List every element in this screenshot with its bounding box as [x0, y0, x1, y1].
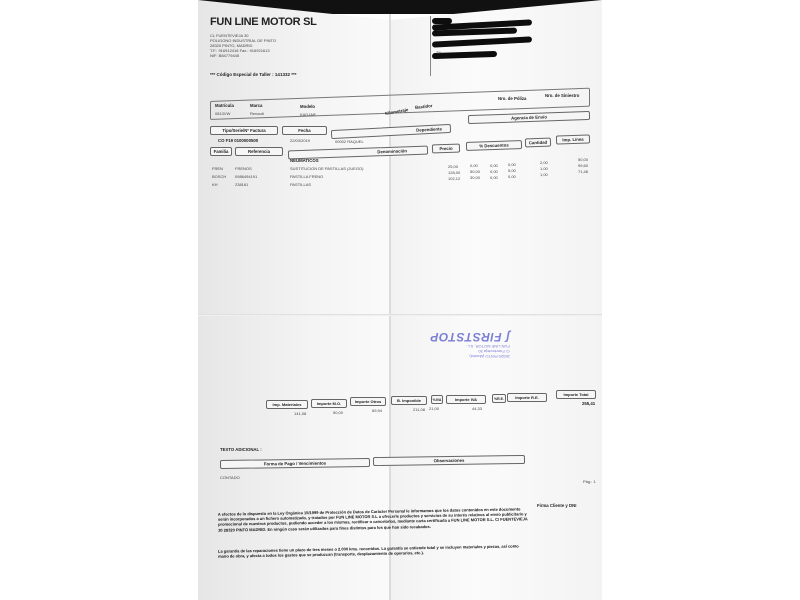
- header-fecha: Fecha: [282, 126, 327, 135]
- value-base-imponible: 211,08: [413, 407, 425, 412]
- row-cantidad: 2,00: [540, 160, 548, 165]
- row-importe: 50,00: [578, 157, 588, 162]
- header-importe-otros: Importe Otros: [350, 397, 386, 406]
- vehicle-brand: Renault: [250, 111, 264, 116]
- row-denominacion: PASTILLA FRENO: [290, 174, 323, 179]
- header-referencia: Referencia: [235, 147, 283, 156]
- row-familia: BOSCH: [212, 174, 226, 179]
- header-base-imponible: B. Imponible: [391, 396, 427, 405]
- invoice-clerk: 00002 RAQUEL: [335, 139, 364, 144]
- header-cantidad: Cantidad: [525, 138, 551, 148]
- row-referencia: 238161: [235, 182, 248, 187]
- row-denominacion: SUSTITUCION DE PASTILLAS (JUEGO): [290, 166, 364, 171]
- header-importe-iva: Importe IVA: [446, 395, 486, 404]
- signature-label: Firma Cliente y DNI: [537, 503, 576, 508]
- row-discount: 30,00: [470, 175, 480, 180]
- row-importe: 71,48: [578, 169, 588, 174]
- invoice-date: 22/03/2019: [290, 138, 310, 143]
- row-discount: 0,00: [508, 174, 516, 179]
- page-number: Pág.: 1: [583, 479, 596, 484]
- row-discount: 0,00: [490, 163, 498, 168]
- value-importe-otros: 69,94: [372, 408, 382, 413]
- invoice-number: CO F19 0100000500: [218, 138, 258, 143]
- payment-method-value: CONTADO: [220, 475, 240, 480]
- special-workshop-code: *** Código Especial de Taller : 141332 *…: [210, 72, 296, 77]
- header-imp-materiales: Imp. Materiales: [266, 400, 308, 409]
- header-imp-linea: Imp. Línea: [556, 134, 590, 144]
- header-importe-mo: Importe M.O.: [311, 399, 347, 408]
- row-referencia: FRENOS: [235, 166, 252, 171]
- header-nro-poliza: Nro. de Póliza: [498, 96, 526, 101]
- row-precio: 102,12: [448, 176, 460, 181]
- vehicle-model: KADJAR: [300, 112, 316, 117]
- header-modelo: Modelo: [300, 104, 315, 109]
- row-discount: 50,00: [470, 169, 480, 174]
- row-importe: 99,60: [578, 163, 588, 168]
- header-invoice-number: Tipo/Serie/Nº Factura: [210, 126, 278, 135]
- company-nif: NIF: B84779445: [210, 53, 239, 58]
- row-precio: 128,00: [448, 170, 460, 175]
- paper-fold-horizontal: [198, 314, 602, 316]
- header-matricula: Matrícula: [215, 103, 234, 108]
- row-discount: 0,00: [470, 163, 478, 168]
- section-title: NEUMATICOS: [290, 158, 319, 163]
- row-familia: FREN: [212, 166, 223, 171]
- firststop-logo-icon: ʃ: [502, 330, 510, 344]
- client-box-border: [430, 16, 431, 76]
- value-importe-total: 255,41: [582, 401, 595, 406]
- header-re-pct: %R.E.: [492, 394, 506, 403]
- row-cantidad: 1,00: [540, 166, 548, 171]
- row-precio: 25,00: [448, 164, 458, 169]
- row-referencia: 0986494191: [235, 174, 257, 179]
- header-precio: Precio: [432, 144, 460, 154]
- value-imp-materiales: 141,08: [294, 411, 306, 416]
- row-discount: 5,00: [508, 168, 516, 173]
- value-importe-mo: 50,00: [333, 410, 343, 415]
- client-phone-label: Tlf:: [436, 50, 442, 55]
- vehicle-plate: 0813VW: [215, 111, 230, 116]
- company-stamp: 28320 PINTO (Madrid) C/ Fuentevieja 30 F…: [430, 330, 510, 359]
- value-importe-iva: 44,33: [472, 406, 482, 411]
- header-importe-total: Importe Total: [556, 390, 596, 399]
- header-importe-re: Importe R.E.: [507, 393, 547, 402]
- header-marca: Marca: [250, 103, 262, 108]
- header-familia: Familia: [210, 147, 232, 156]
- additional-text-label: TEXTO ADICIONAL :: [220, 447, 262, 452]
- header-iva-pct: %IVA: [431, 395, 443, 404]
- stamp-line: FUN LINE MOTOR, S.L.: [430, 344, 510, 349]
- row-familia: KH: [212, 182, 218, 187]
- row-discount: 0,00: [490, 169, 498, 174]
- row-discount: 0,00: [490, 175, 498, 180]
- value-iva-pct: 21,00: [429, 406, 439, 411]
- company-name: FUN LINE MOTOR SL: [210, 16, 317, 28]
- stamp-line: 28320 PINTO (Madrid): [430, 354, 510, 359]
- row-denominacion: PASTILLAS: [290, 182, 311, 187]
- header-nro-siniestro: Nro. de Siniestro: [545, 93, 579, 98]
- row-discount: 0,00: [508, 162, 516, 167]
- stamp-brand: FIRSTSTOP: [430, 330, 502, 344]
- row-cantidad: 1,00: [540, 172, 548, 177]
